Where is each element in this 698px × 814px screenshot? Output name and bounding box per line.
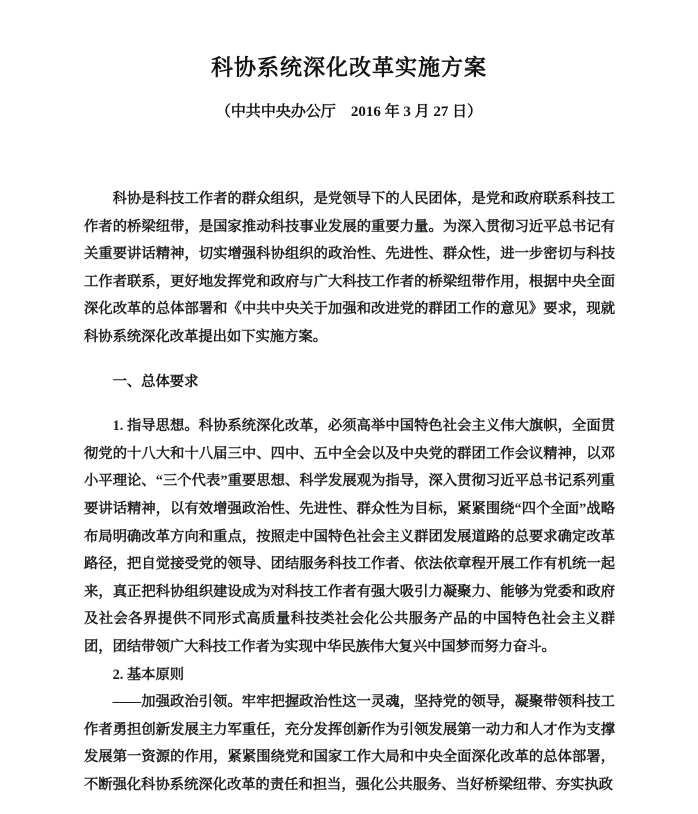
document-subtitle: （中共中央办公厅 2016 年 3 月 27 日） xyxy=(0,102,698,122)
document-title: 科协系统深化改革实施方案 xyxy=(0,53,698,82)
document-paragraph: 科协是科技工作者的群众组织，是党领导下的人民团体，是党和政府联系科技工作者的桥梁… xyxy=(84,186,615,352)
document-paragraph: 1. 指导思想。科协系统深化改革，必须高举中国特色社会主义伟大旗帜，全面贯彻党的… xyxy=(84,413,615,661)
document-body: 科协是科技工作者的群众组织，是党领导下的人民团体，是党和政府联系科技工作者的桥梁… xyxy=(84,186,615,799)
document-paragraph: 2. 基本原则 xyxy=(84,662,615,690)
section-heading: 一、总体要求 xyxy=(84,369,615,397)
document-page: 科协系统深化改革实施方案 （中共中央办公厅 2016 年 3 月 27 日） 科… xyxy=(0,0,698,814)
document-paragraph: ——加强政治引领。牢牢把握政治性这一灵魂，坚持党的领导，凝聚带领科技工作者勇担创… xyxy=(84,689,615,799)
